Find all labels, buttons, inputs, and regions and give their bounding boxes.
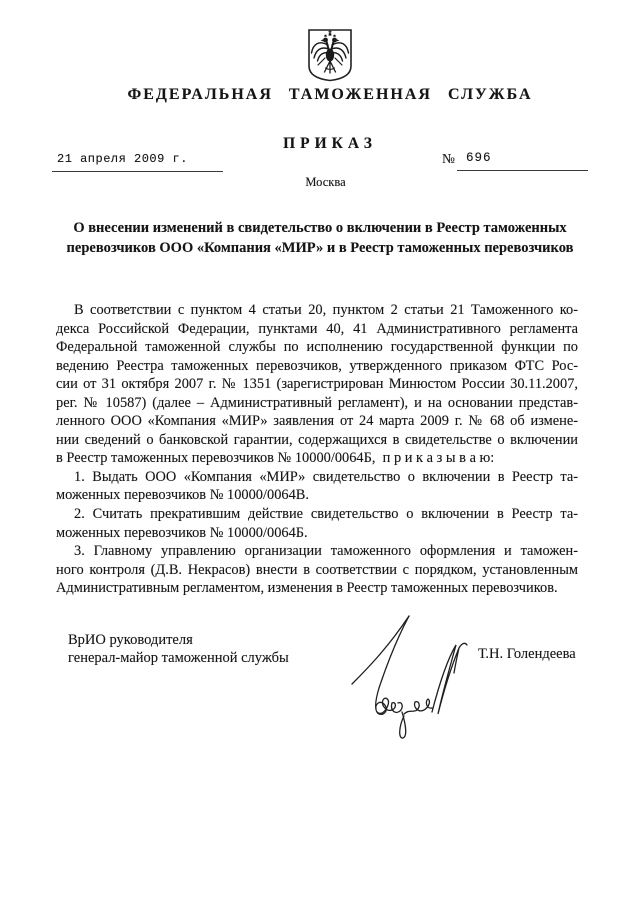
order-title: О внесении изменений в свидетельство о в… <box>60 218 580 258</box>
agency-name: ФЕДЕРАЛЬНАЯ ТАМОЖЕННАЯ СЛУЖБА <box>20 86 640 104</box>
body-line: моженных перевозчиков № 10000/0064В. <box>56 486 578 505</box>
number-field: 696 <box>457 151 588 171</box>
body-line: ного контроля (Д.В. Некрасов) внести в с… <box>56 561 578 580</box>
paragraph-item-3: 3. Главному управлению организации тамож… <box>56 542 578 598</box>
order-document-page: ФЕДЕРАЛЬНАЯ ТАМОЖЕННАЯ СЛУЖБА ПРИКАЗ 21 … <box>0 0 640 900</box>
signer-position-line: ВрИО руководителя <box>68 632 289 650</box>
body-line: рег. № 10587) (далее – Административный … <box>56 394 578 413</box>
body-line: 2. Считать прекратившим действие свидете… <box>56 505 578 524</box>
body-line: Административным регламентом, изменения … <box>56 579 578 598</box>
number-value: 696 <box>466 151 492 165</box>
signer-position-line: генерал-майор таможенной службы <box>68 650 289 668</box>
signer-name: Т.Н. Голендеева <box>478 646 576 663</box>
russia-coat-of-arms-icon <box>307 28 353 82</box>
order-body: В соответствии с пунктом 4 статьи 20, пу… <box>56 301 578 598</box>
order-title-line: перевозчиков ООО «Компания «МИР» и в Рее… <box>60 238 580 258</box>
number-sign: № <box>442 151 455 167</box>
signer-position: ВрИО руководителя генерал-майор таможенн… <box>68 632 289 667</box>
city-label: Москва <box>11 175 640 190</box>
paragraph-preamble: В соответствии с пунктом 4 статьи 20, пу… <box>56 301 578 468</box>
paragraph-item-1: 1. Выдать ООО «Компания «МИР» свидетельс… <box>56 468 578 505</box>
date-value: 21 апреля 2009 г. <box>57 152 188 166</box>
body-line: В соответствии с пунктом 4 статьи 20, пу… <box>56 301 578 320</box>
body-line: 1. Выдать ООО «Компания «МИР» свидетельс… <box>56 468 578 487</box>
body-line: ленного ООО «Компания «МИР» заявления от… <box>56 412 578 431</box>
body-line: ведению Реестра таможенных перевозчиков,… <box>56 357 578 376</box>
paragraph-item-2: 2. Считать прекратившим действие свидете… <box>56 505 578 542</box>
body-line: 3. Главному управлению организации тамож… <box>56 542 578 561</box>
body-line: декса Российской Федерации, пунктами 40,… <box>56 320 578 339</box>
body-line: Федеральной таможенной службы по исполне… <box>56 338 578 357</box>
body-line: в Реестр таможенных перевозчиков № 10000… <box>56 449 578 468</box>
body-line: сии от 31 октября 2007 г. № 1351 (зареги… <box>56 375 578 394</box>
body-line: нии сведений о банковской гарантии, соде… <box>56 431 578 450</box>
order-title-line: О внесении изменений в свидетельство о в… <box>60 218 580 238</box>
handwritten-signature-icon <box>335 612 495 777</box>
body-line: моженных перевозчиков № 10000/0064Б. <box>56 524 578 543</box>
date-field: 21 апреля 2009 г. <box>52 152 223 172</box>
